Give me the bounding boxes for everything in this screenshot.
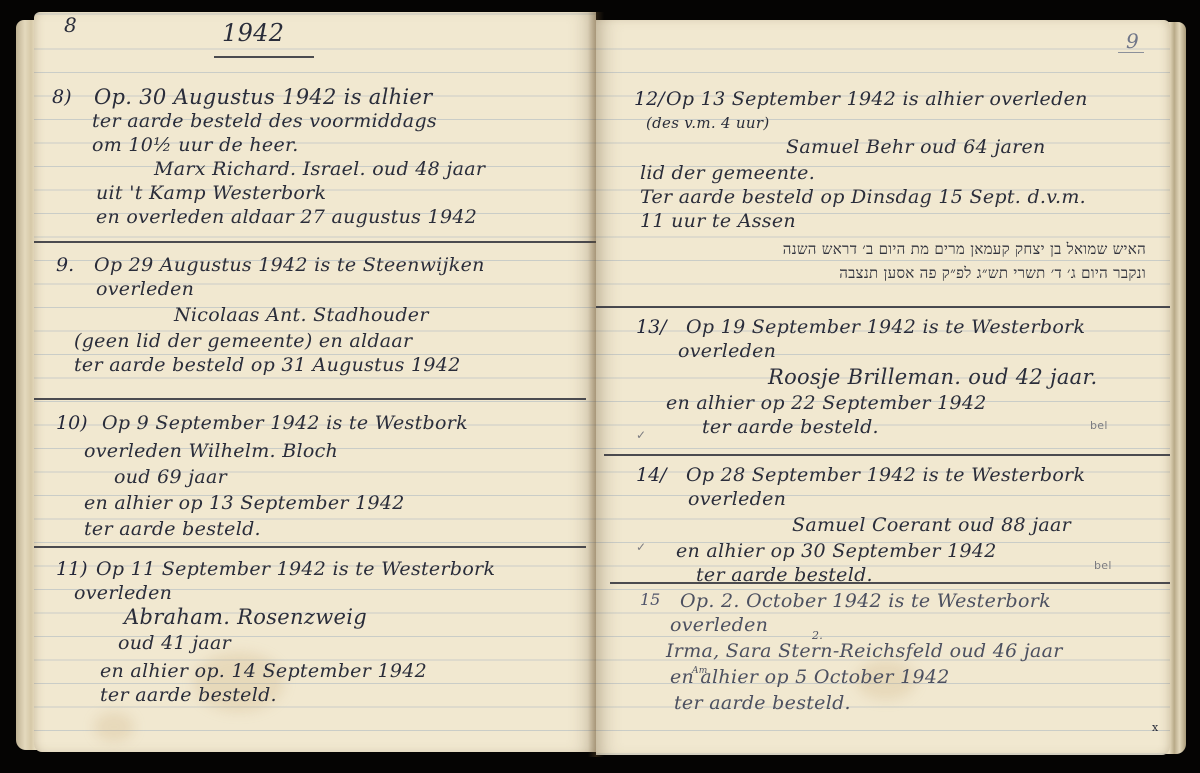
- entry-line: Op 28 September 1942 is te Westerbork: [686, 464, 1085, 488]
- entry-line: uit 't Kamp Westerbork: [96, 182, 326, 206]
- paper-stain: [94, 712, 134, 742]
- deceased-name: Nicolaas Ant. Stadhouder: [174, 304, 429, 328]
- page-number: 9: [1126, 30, 1139, 54]
- entry-line: en alhier op 5 October 1942: [670, 666, 950, 690]
- entry-number: 11): [56, 558, 88, 580]
- entry-divider: [34, 241, 596, 243]
- entry-divider: [604, 454, 1170, 456]
- entry-line: Op. 2. October 1942 is te Westerbork: [680, 590, 1051, 614]
- deceased-name: Roosje Brilleman. oud 42 jaar.: [768, 366, 1098, 390]
- entry-number: 14/: [636, 464, 667, 486]
- entry-line: (geen lid der gemeente) en aldaar: [74, 330, 412, 354]
- entry-line: en alhier op. 14 September 1942: [100, 660, 427, 684]
- entry-number: 9.: [56, 254, 74, 276]
- entry-line: overleden: [678, 340, 776, 364]
- entry-line: om 10½ uur de heer.: [92, 134, 299, 158]
- entry-divider: [34, 398, 586, 400]
- entry-line: ter aarde besteld op 31 Augustus 1942: [74, 354, 461, 378]
- entry-line: overleden: [688, 488, 786, 512]
- deceased-name: Samuel Coerant oud 88 jaar: [792, 514, 1071, 538]
- deceased-name: Abraham. Rosenzweig: [124, 606, 367, 630]
- right-page: 9 12/ Op 13 September 1942 is alhier ove…: [596, 20, 1170, 755]
- page-number-underline: [1118, 52, 1144, 53]
- entry-line: ter aarde besteld.: [674, 692, 851, 716]
- entry-line: overleden: [96, 278, 194, 302]
- entry-line: Op 29 Augustus 1942 is te Steenwijken: [94, 254, 485, 278]
- left-page: 8 1942 8) Op. 30 Augustus 1942 is alhier…: [34, 12, 596, 752]
- entry-line: ter aarde besteld.: [702, 416, 879, 440]
- entry-line: overleden: [74, 582, 172, 606]
- open-register-book: 8 1942 8) Op. 30 Augustus 1942 is alhier…: [0, 0, 1200, 773]
- entry-line: ter aarde besteld.: [100, 684, 277, 708]
- entry-line: Op 13 September 1942 is alhier overleden: [666, 88, 1088, 112]
- entry-number: 10): [56, 412, 88, 434]
- entry-line: en overleden aldaar 27 augustus 1942: [96, 206, 477, 230]
- entry-line: ter aarde besteld.: [84, 518, 261, 542]
- deceased-name: Irma, Sara Stern-Reichsfeld oud 46 jaar: [666, 640, 1063, 664]
- entry-number: 13/: [636, 316, 667, 338]
- year-heading: 1942: [222, 22, 284, 46]
- margin-check-mark: ✓: [636, 424, 646, 448]
- corner-mark: x: [1152, 716, 1159, 740]
- entry-line: oud 41 jaar: [118, 632, 231, 656]
- entry-divider: [596, 306, 1170, 308]
- hebrew-inscription-line: האיש שמואל בן יצחק קעמאן מרים מת היום ב׳…: [783, 238, 1146, 262]
- entry-line: Op. 30 Augustus 1942 is alhier: [94, 86, 433, 110]
- entry-line: 11 uur te Assen: [640, 210, 796, 234]
- margin-check-mark: ✓: [636, 536, 646, 560]
- hebrew-inscription-line: ונקבר היום ג׳ ד׳ תשרי תש״ג לפ״ק פה אסען …: [839, 262, 1146, 286]
- entry-line: en alhier op 22 September 1942: [666, 392, 987, 416]
- entry-divider: [34, 546, 586, 548]
- margin-annotation: bel: [1094, 554, 1112, 578]
- entry-line: en alhier op 30 September 1942: [676, 540, 997, 564]
- deceased-name: Marx Richard. Israel. oud 48 jaar: [154, 158, 485, 182]
- entry-line: en alhier op 13 September 1942: [84, 492, 405, 516]
- entry-line: (des v.m. 4 uur): [646, 112, 769, 136]
- entry-number: 15: [640, 590, 660, 609]
- entry-line: oud 69 jaar: [114, 466, 227, 490]
- entry-number: 12/: [634, 88, 665, 110]
- superscript-note: Am: [692, 660, 708, 684]
- entry-divider: [610, 582, 1170, 584]
- entry-line: Op 9 September 1942 is te Westbork: [102, 412, 468, 436]
- entry-line: Ter aarde besteld op Dinsdag 15 Sept. d.…: [640, 186, 1086, 210]
- entry-line: ter aarde besteld des voormiddags: [92, 110, 437, 134]
- heading-underline: [214, 56, 314, 58]
- entry-line: Op 19 September 1942 is te Westerbork: [686, 316, 1085, 340]
- margin-annotation: bel: [1090, 414, 1108, 438]
- superscript-note: 2.: [812, 624, 823, 648]
- entry-number: 8): [52, 86, 72, 108]
- deceased-name: Samuel Behr oud 64 jaren: [786, 136, 1046, 160]
- entry-line: Op 11 September 1942 is te Westerbork: [96, 558, 495, 582]
- entry-line: overleden: [670, 614, 768, 638]
- page-number: 8: [64, 14, 77, 38]
- entry-line: lid der gemeente.: [640, 162, 815, 186]
- entry-line: overleden Wilhelm. Bloch: [84, 440, 338, 464]
